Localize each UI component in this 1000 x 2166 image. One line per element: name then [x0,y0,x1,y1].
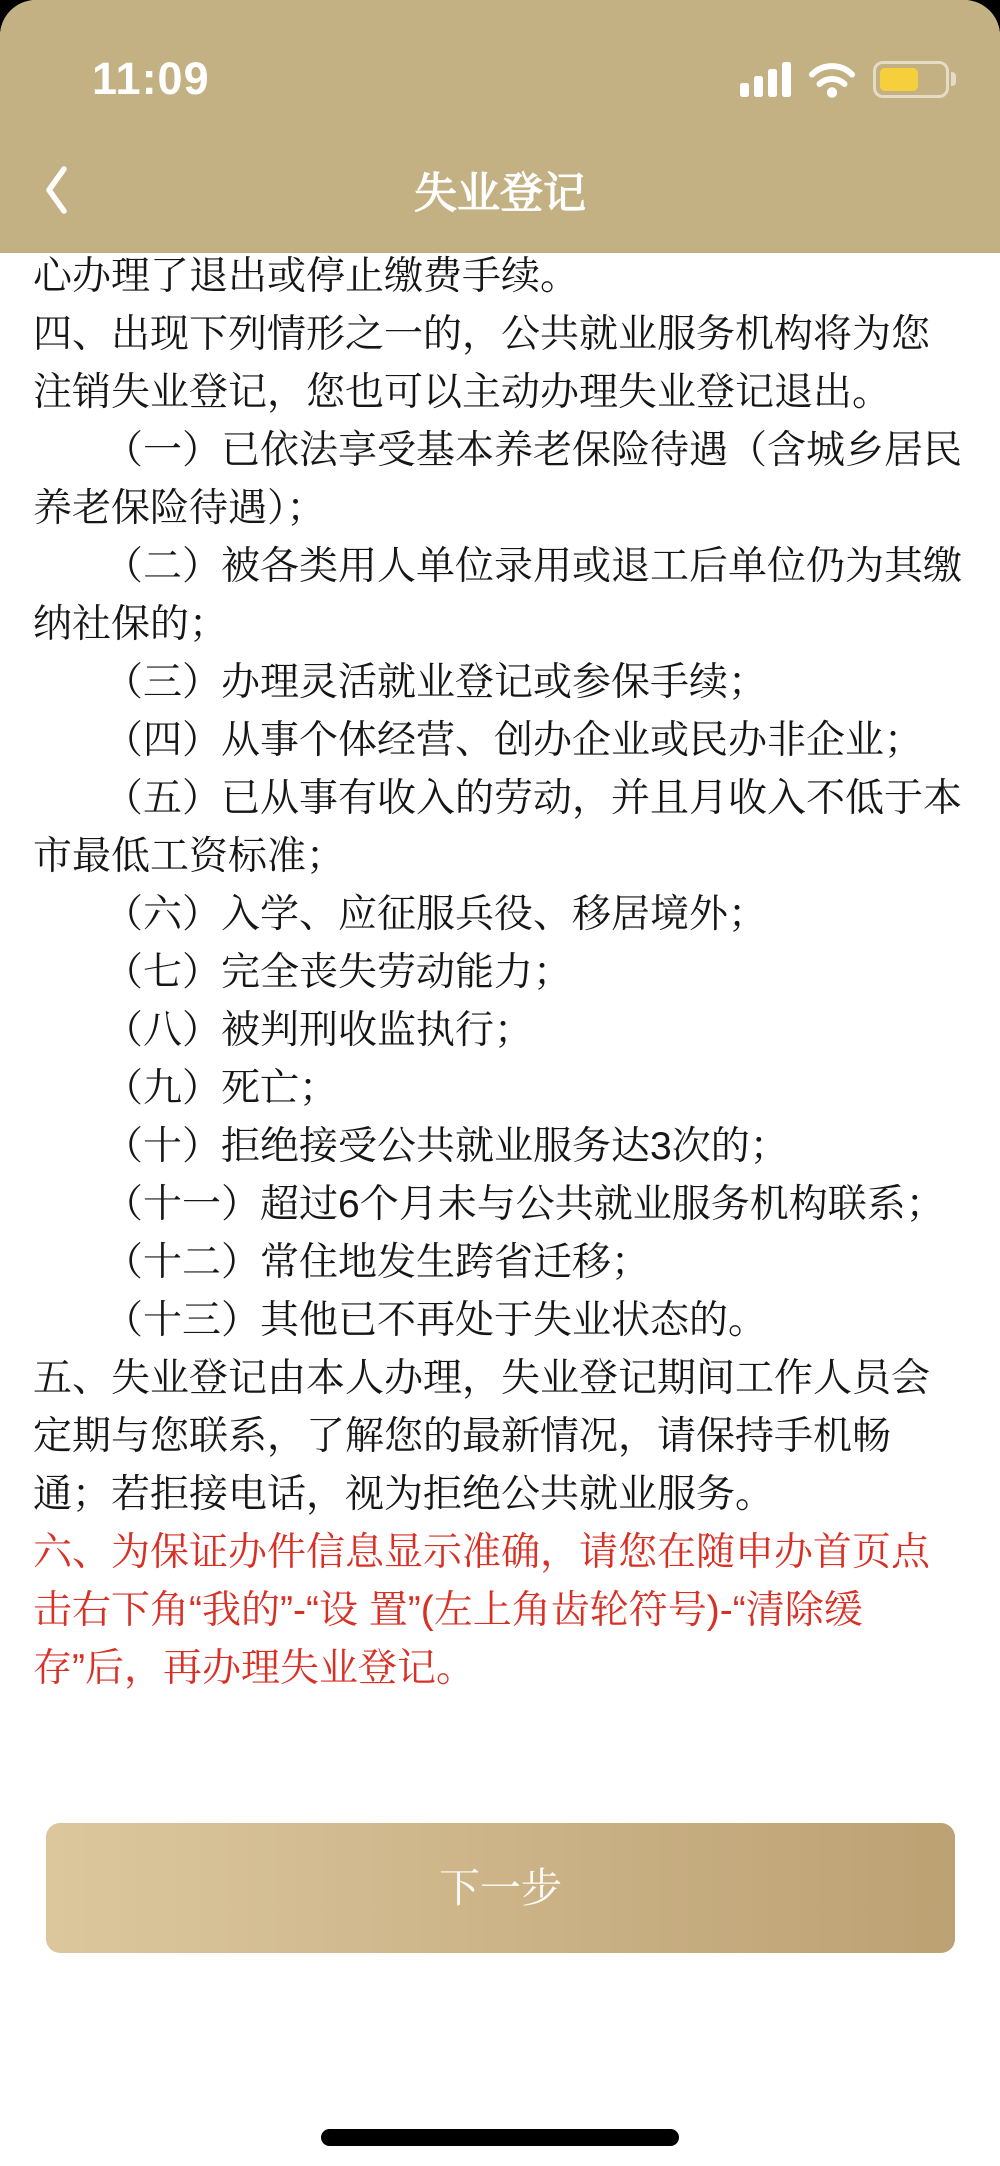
signal-bar [754,76,763,97]
wifi-icon [808,61,856,98]
battery-fill [880,68,918,91]
notice-paragraph: 心办理了退出或停止缴费手续。 [33,248,966,306]
notice-paragraph: 五、失业登记由本人办理，失业登记期间工作人员会定期与您联系，了解您的最新情况，请… [33,1350,966,1524]
signal-bar [768,69,777,97]
notice-paragraph: （十二）常住地发生跨省迁移； [33,1234,966,1292]
notice-content[interactable]: 心办理了退出或停止缴费手续。四、出现下列情形之一的，公共就业服务机构将为您注销失… [33,248,966,1698]
notice-paragraphs: 心办理了退出或停止缴费手续。四、出现下列情形之一的，公共就业服务机构将为您注销失… [33,248,966,1698]
page-title: 失业登记 [0,168,1000,220]
notice-paragraph: 六、为保证办件信息显示准确，请您在随申办首页点击右下角“我的”-“设 置”(左上… [33,1524,966,1698]
notice-paragraph: （三）办理灵活就业登记或参保手续； [33,654,966,712]
signal-bar [782,62,791,97]
battery-body [873,61,949,98]
status-icons [740,58,956,100]
status-time: 11:09 [92,55,210,103]
battery-icon [873,61,956,98]
notice-paragraph: （七）完全丧失劳动能力； [33,944,966,1002]
battery-cap [951,72,956,86]
notice-paragraph: （十三）其他已不再处于失业状态的。 [33,1292,966,1350]
notice-paragraph: 四、出现下列情形之一的，公共就业服务机构将为您注销失业登记，您也可以主动办理失业… [33,306,966,422]
notice-paragraph: （十一）超过6个月未与公共就业服务机构联系； [33,1176,966,1234]
screen: 11:09 失 [0,0,1000,2166]
cellular-signal-icon [740,61,791,97]
notice-paragraph: （十）拒绝接受公共就业服务达3次的； [33,1118,966,1176]
notice-paragraph: （一）已依法享受基本养老保险待遇（含城乡居民养老保险待遇）； [33,422,966,538]
home-indicator[interactable] [321,2129,679,2146]
notice-paragraph: （八）被判刑收监执行； [33,1002,966,1060]
notice-paragraph: （六）入学、应征服兵役、移居境外； [33,886,966,944]
app-header: 11:09 失 [0,0,1000,253]
notice-paragraph: （四）从事个体经营、创办企业或民办非企业； [33,712,966,770]
signal-bar [740,83,749,97]
notice-paragraph: （五）已从事有收入的劳动，并且月收入不低于本市最低工资标准； [33,770,966,886]
notice-paragraph: （九）死亡； [33,1060,966,1118]
notice-paragraph: （二）被各类用人单位录用或退工后单位仍为其缴纳社保的； [33,538,966,654]
next-step-button[interactable]: 下一步 [46,1823,955,1953]
